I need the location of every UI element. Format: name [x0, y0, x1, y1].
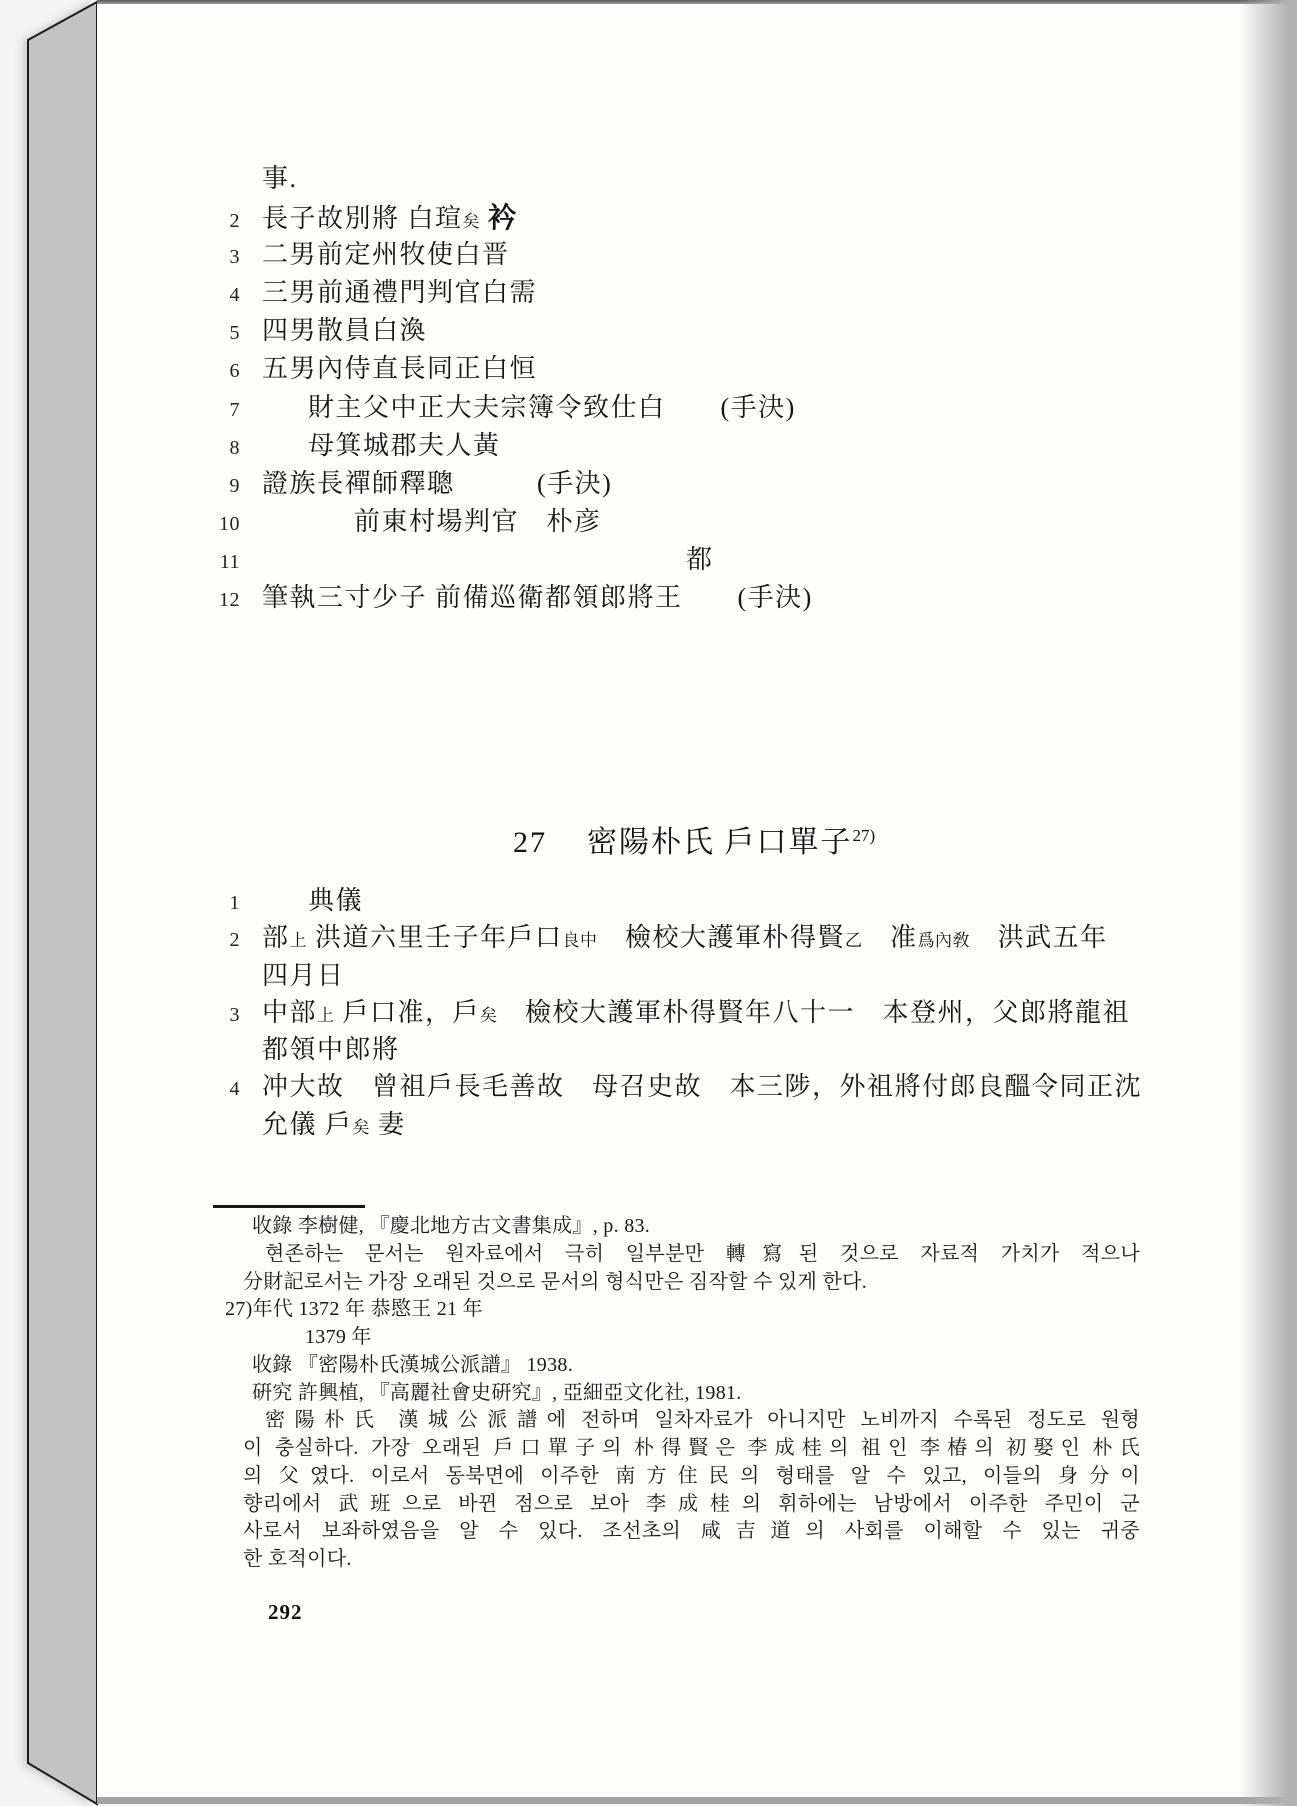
text-run: 四男散員白渙 — [262, 316, 427, 345]
line-text: 筆執三寸少子 前備巡衛都領郎將王 (手決) — [262, 577, 813, 614]
text-run: 戶口准，戶 — [335, 998, 481, 1027]
line-text: 證族長禪師釋聰 (手決) — [262, 463, 612, 500]
text-run: 中部 — [262, 998, 317, 1027]
footnote-line: 사로서 보좌하였음을 알 수 있다. 조선초의 咸吉道의 사회를 이해할 수 있… — [225, 1518, 1140, 1546]
section-number: 27 — [513, 826, 547, 859]
text-run — [480, 204, 488, 233]
footnote-text: 分財記로서는 가장 오래된 것으로 문서의 형식만은 짐작할 수 있게 한다. — [243, 1271, 867, 1293]
line-text: 二男前定州牧使白晋 — [262, 234, 510, 271]
line-text: 典儀 — [262, 880, 363, 917]
text-run: 部 — [262, 923, 290, 952]
footnote-line: 1379 年 — [225, 1324, 1140, 1352]
idu-gloss: 矣 — [353, 1118, 371, 1137]
doc-line: 四月日 — [97, 955, 1197, 992]
page-bottom-edge — [97, 1797, 1297, 1804]
line-text: 中部上 戶口准，戶矣 檢校大護軍朴得賢年八十一 本登州，父郎將龍祖 — [262, 992, 1130, 1029]
line-text: 長子故別將 白瑄矣 衿 — [262, 196, 518, 236]
idu-gloss: 爲內敎 — [918, 931, 971, 950]
doc-line: 4 三男前通禮門判官白需 — [97, 272, 1197, 310]
text-run: 三男前通禮門判官白需 — [262, 278, 537, 307]
line-text: 事. — [262, 158, 298, 195]
line-number: 4 — [97, 284, 240, 307]
text-run: 都 — [686, 545, 714, 574]
text-run: 事. — [262, 164, 298, 193]
footnote-line: 硏究 許興植, 『高麗社會史硏究』, 亞細亞文化社, 1981. — [225, 1380, 1140, 1408]
footnote-text: 현존하는 문서는 원자료에서 극히 일부분만 轉寫된 것으로 자료적 가치가 적… — [265, 1243, 1140, 1265]
line-number: 3 — [97, 246, 240, 269]
text-run: 檢校大護軍朴得賢 — [598, 923, 846, 952]
text-run: 二男前定州牧使白晋 — [262, 240, 510, 269]
footnote-line: 收錄 『密陽朴氏漢城公派譜』 1938. — [225, 1352, 1140, 1380]
text-run: 財主父中正大夫宗簿令致仕白 (手決) — [308, 393, 796, 422]
footnote-separator — [213, 1205, 365, 1208]
footnote-line: 分財記로서는 가장 오래된 것으로 문서의 형식만은 짐작할 수 있게 한다. — [225, 1269, 1140, 1297]
line-number: 2 — [97, 210, 240, 233]
footnote-line: 收錄 李樹健, 『慶北地方古文書集成』, p. 83. — [225, 1213, 1140, 1241]
doc-line: 都領中郎將 — [97, 1029, 1197, 1066]
doc-line: 10 前東村場判官 朴彦 — [97, 501, 1197, 539]
section-title: 密陽朴氏 戶口單子 — [587, 826, 853, 859]
line-number: 12 — [97, 589, 240, 612]
line-number: 6 — [97, 360, 240, 383]
text-run: 允儀 戶 — [262, 1110, 353, 1139]
page-top-edge — [97, 0, 1297, 4]
line-text: 四男散員白渙 — [262, 310, 427, 347]
doc-line: 6 五男內侍直長同正白恒 — [97, 348, 1197, 386]
text-run: 洪武五年 — [970, 923, 1108, 952]
doc-line: 事. — [97, 158, 1197, 196]
text-run: 冲大故 曾祖戶長毛善故 母召史故 本三陟，外祖將付郎良醞令同正沈 — [262, 1072, 1142, 1101]
doc-line: 3 中部上 戶口准，戶矣 檢校大護軍朴得賢年八十一 本登州，父郎將龍祖 — [97, 992, 1197, 1029]
emphasized-char: 衿 — [488, 203, 518, 234]
line-number: 8 — [97, 437, 240, 460]
book-page: 事. 2 長子故別將 白瑄矣 衿 3 二男前定州牧使白晋 4 三男前通禮門判官白… — [97, 0, 1297, 1798]
text-run: 五男內侍直長同正白恒 — [262, 354, 537, 383]
text-run: 四月日 — [262, 961, 345, 990]
line-number: 7 — [97, 399, 240, 422]
document-transcription-top: 事. 2 長子故別將 白瑄矣 衿 3 二男前定州牧使白晋 4 三男前通禮門判官白… — [97, 158, 1197, 615]
line-number: 4 — [97, 1078, 240, 1101]
doc-line: 12 筆執三寸少子 前備巡衛都領郎將王 (手決) — [97, 577, 1197, 615]
footnote-line: 27)年代 1372 年 恭愍王 21 年 — [225, 1296, 1140, 1324]
footnote-line: 密陽朴氏 漢城公派譜에 전하며 일차자료가 아니지만 노비까지 수록된 정도로 … — [225, 1407, 1140, 1435]
footnote-marker: 27) — [225, 1296, 253, 1324]
footnote-text: 사로서 보좌하였음을 알 수 있다. 조선초의 咸吉道의 사회를 이해할 수 있… — [243, 1520, 1140, 1542]
footnote-text: 密陽朴氏 漢城公派譜에 전하며 일차자료가 아니지만 노비까지 수록된 정도로 … — [265, 1409, 1140, 1431]
footnote-text: 향리에서 武班으로 바뀐 점으로 보아 李成桂의 휘하에는 남방에서 이주한 주… — [243, 1493, 1140, 1515]
text-run: 證族長禪師釋聰 (手決) — [262, 469, 612, 498]
text-run: 典儀 — [308, 886, 363, 915]
page-number: 292 — [268, 1600, 303, 1625]
idu-gloss: 矣 — [463, 212, 481, 231]
idu-gloss: 上 — [317, 1006, 335, 1025]
line-text: 冲大故 曾祖戶長毛善故 母召史故 本三陟，外祖將付郎良醞令同正沈 — [262, 1066, 1142, 1103]
text-run: 洪道六里壬子年戶口 — [307, 923, 563, 952]
section-footnote-ref: 27) — [853, 826, 876, 845]
doc-line: 4 冲大故 曾祖戶長毛善故 母召史故 本三陟，外祖將付郎良醞令同正沈 — [97, 1066, 1197, 1103]
footnote-text: 收錄 『密陽朴氏漢城公派譜』 1938. — [252, 1354, 573, 1376]
footnote-line: 이 충실하다. 가장 오래된 戶口單子의 朴得賢은 李成桂의 祖인 李椿의 初娶… — [225, 1435, 1140, 1463]
section-heading: 27密陽朴氏 戶口單子27) — [475, 783, 875, 895]
footnote-line: 향리에서 武班으로 바뀐 점으로 보아 李成桂의 휘하에는 남방에서 이주한 주… — [225, 1491, 1140, 1519]
footnote-line: 의 父였다. 이로서 동북면에 이주한 南方住民의 형태를 알 수 있고, 이들… — [225, 1463, 1140, 1491]
edge-face — [28, 2, 97, 1804]
line-number: 5 — [97, 322, 240, 345]
book-scan: { "page": { "number": "292" }, "heading"… — [0, 0, 1297, 1806]
idu-gloss: 乙 — [845, 931, 863, 950]
line-text: 部上 洪道六里壬子年戶口良中 檢校大護軍朴得賢乙 准爲內敎 洪武五年 — [262, 917, 1108, 954]
doc-line: 7 財主父中正大夫宗簿令致仕白 (手決) — [97, 387, 1197, 425]
line-text: 前東村場判官 朴彦 — [262, 501, 602, 538]
doc-line: 2 長子故別將 白瑄矣 衿 — [97, 196, 1197, 234]
footnote-text: 의 父였다. 이로서 동북면에 이주한 南方住民의 형태를 알 수 있고, 이들… — [243, 1465, 1140, 1487]
line-text: 母箕城郡夫人黃 — [262, 425, 501, 462]
line-number: 2 — [97, 929, 240, 952]
line-number: 1 — [97, 892, 240, 915]
doc-line: 8 母箕城郡夫人黃 — [97, 425, 1197, 463]
line-text: 三男前通禮門判官白需 — [262, 272, 537, 309]
line-number: 9 — [97, 475, 240, 498]
text-run: 檢校大護軍朴得賢年八十一 本登州，父郎將龍祖 — [498, 998, 1131, 1027]
doc-line: 3 二男前定州牧使白晋 — [97, 234, 1197, 272]
footnotes-block: 收錄 李樹健, 『慶北地方古文書集成』, p. 83. 현존하는 문서는 원자료… — [225, 1213, 1140, 1574]
text-run: 前東村場判官 朴彦 — [354, 507, 602, 536]
text-run: 筆執三寸少子 前備巡衛都領郎將王 (手決) — [262, 583, 813, 612]
footnote-text: 1379 年 — [305, 1326, 372, 1348]
doc-line: 5 四男散員白渙 — [97, 310, 1197, 348]
idu-gloss: 矣 — [480, 1006, 498, 1025]
footnote-text: 年代 1372 年 恭愍王 21 年 — [253, 1298, 483, 1320]
text-run: 母箕城郡夫人黃 — [308, 431, 501, 460]
line-text: 五男內侍直長同正白恒 — [262, 348, 537, 385]
text-run: 准 — [863, 923, 918, 952]
document-transcription-bottom: 1 典儀 2 部上 洪道六里壬子年戶口良中 檢校大護軍朴得賢乙 准爲內敎 洪武五… — [97, 880, 1197, 1141]
line-text: 財主父中正大夫宗簿令致仕白 (手決) — [262, 387, 796, 424]
text-run: 妻 — [370, 1110, 406, 1139]
doc-line: 2 部上 洪道六里壬子年戶口良中 檢校大護軍朴得賢乙 准爲內敎 洪武五年 — [97, 917, 1197, 954]
footnote-text: 硏究 許興植, 『高麗社會史硏究』, 亞細亞文化社, 1981. — [252, 1382, 742, 1404]
doc-line: 1 典儀 — [97, 880, 1197, 917]
line-number: 10 — [97, 513, 240, 536]
line-text: 允儀 戶矣 妻 — [262, 1104, 406, 1141]
text-run: 長子故別將 白瑄 — [262, 204, 463, 233]
line-number: 3 — [97, 1004, 240, 1027]
idu-gloss: 上 — [290, 931, 308, 950]
idu-gloss: 良中 — [563, 931, 598, 950]
text-run: 都領中郎將 — [262, 1035, 400, 1064]
line-text: 都 — [262, 539, 714, 576]
footnote-text: 한 호적이다. — [243, 1548, 352, 1570]
footnote-line: 현존하는 문서는 원자료에서 극히 일부분만 轉寫된 것으로 자료적 가치가 적… — [225, 1241, 1140, 1269]
doc-line: 9 證族長禪師釋聰 (手決) — [97, 463, 1197, 501]
footnote-text: 收錄 李樹健, 『慶北地方古文書集成』, p. 83. — [252, 1215, 650, 1237]
footnote-text: 이 충실하다. 가장 오래된 戶口單子의 朴得賢은 李成桂의 祖인 李椿의 初娶… — [243, 1437, 1140, 1459]
doc-line: 允儀 戶矣 妻 — [97, 1104, 1197, 1141]
line-text: 四月日 — [262, 955, 345, 992]
line-text: 都領中郎將 — [262, 1029, 400, 1066]
doc-line: 11 都 — [97, 539, 1197, 577]
footnote-line: 한 호적이다. — [225, 1546, 1140, 1574]
line-number: 11 — [97, 551, 240, 574]
